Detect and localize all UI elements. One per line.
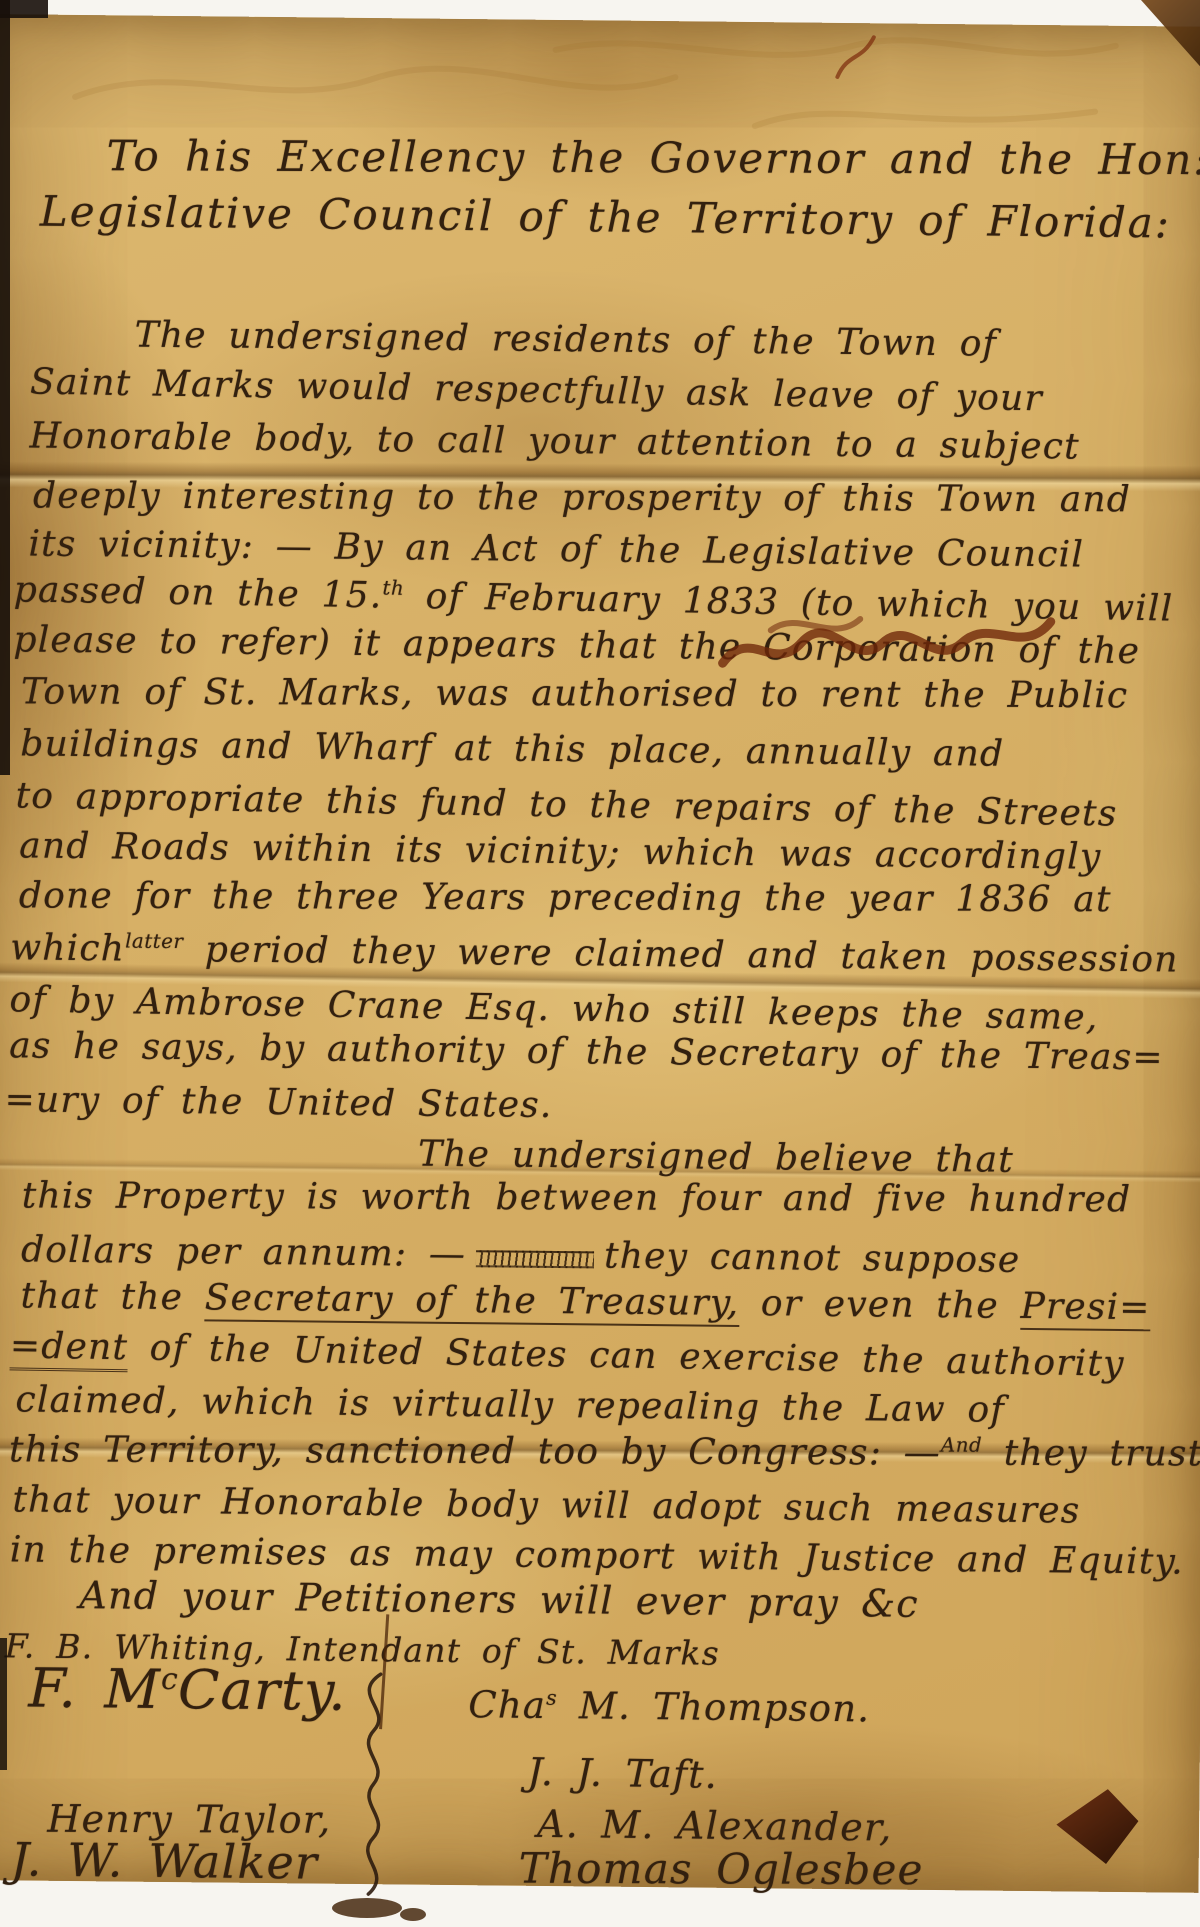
body-line-17: The undersigned believe that xyxy=(418,1135,1014,1181)
closing-line: And your Petitioners will ever pray &c xyxy=(79,1575,919,1626)
signature-mccarty-rest: Carty. xyxy=(178,1658,347,1723)
superscript-s: s xyxy=(546,1686,557,1710)
heading-line-2: Legislative Council of the Territory of … xyxy=(40,189,1171,247)
body-line-16: =ury of the United States. xyxy=(4,1080,552,1125)
bottom-edge-blot-1 xyxy=(332,1898,402,1918)
paper: To his Excellency the Governor and the H… xyxy=(0,14,1200,1893)
body-line-09: buildings and Wharf at this place, annua… xyxy=(20,724,1004,774)
bottom-edge-blot-2 xyxy=(400,1908,426,1921)
body-line-01: The undersigned residents of the Town of xyxy=(134,316,997,365)
superscript-th: th xyxy=(382,576,404,599)
signature-oglesbee: Thomas Oglesbee xyxy=(519,1846,924,1894)
left-edge-shadow-2 xyxy=(0,1638,7,1770)
body-line-23-rest: they trust xyxy=(982,1433,1200,1475)
signature-taft: J. J. Taft. xyxy=(527,1752,718,1797)
signature-thompson-text: Cha xyxy=(468,1683,546,1727)
body-line-02: Saint Marks would respectfully ask leave… xyxy=(30,362,1044,418)
signature-walker: J. W. Walker xyxy=(10,1834,318,1888)
signature-mccarty: F. McCarty. xyxy=(28,1659,347,1722)
body-line-11: and Roads within its vicinity; which was… xyxy=(19,826,1102,877)
signature-brace xyxy=(338,1670,396,1899)
strikeout-scribble xyxy=(476,1250,594,1268)
body-line-05: its vicinity: — By an Act of the Legisla… xyxy=(28,524,1084,575)
signature-alexander: A. M. Alexander, xyxy=(537,1804,893,1850)
body-line-20: that the Secretary of the Treasury, or e… xyxy=(20,1276,1151,1327)
body-line-06-text: passed on the 15. xyxy=(14,569,383,616)
heading-line-1: To his Excellency the Governor and the H… xyxy=(107,133,1200,183)
body-line-03: Honorable body, to call your attention t… xyxy=(29,416,1080,467)
body-line-12: done for the three Years preceding the y… xyxy=(19,876,1112,919)
body-line-20-mid: or even the xyxy=(739,1283,1021,1327)
scanned-document-page: To his Excellency the Governor and the H… xyxy=(0,0,1200,1927)
superscript-c: c xyxy=(161,1662,179,1697)
body-line-10: to appropriate this fund to the repairs … xyxy=(15,776,1117,834)
body-line-13-text: which xyxy=(10,927,125,969)
body-line-21: =dent of the United States can exercise … xyxy=(10,1326,1125,1384)
underlined-presi: Presi= xyxy=(1020,1286,1151,1331)
corner-tear-mark xyxy=(1051,1781,1143,1868)
top-ink-streak xyxy=(831,31,884,84)
body-line-19-rest: they cannot suppose xyxy=(604,1236,1021,1281)
body-line-23: this Territory, sanctioned too by Congre… xyxy=(9,1430,1200,1474)
signature-thompson: Chas M. Thompson. xyxy=(468,1685,870,1730)
inserted-word-and: And xyxy=(941,1434,982,1457)
body-line-19: dollars per annum: —they cannot suppose xyxy=(21,1230,1021,1280)
signature-mccarty-text: F. M xyxy=(28,1657,161,1721)
inserted-word-latter: latter xyxy=(125,930,183,954)
top-left-corner-shade xyxy=(0,0,48,18)
body-line-24: that your Honorable body will adopt such… xyxy=(12,1480,1080,1531)
signature-thompson-rest: M. Thompson. xyxy=(557,1684,871,1730)
body-line-04: deeply interesting to the prosperity of … xyxy=(33,477,1131,520)
body-line-21-rest: of the United States can exercise the au… xyxy=(128,1327,1125,1385)
body-line-20-text: that the xyxy=(20,1275,205,1318)
body-line-22: claimed, which is virtually repealing th… xyxy=(15,1380,1005,1430)
body-line-23-text: this Territory, sanctioned too by Congre… xyxy=(9,1429,941,1473)
underlined-secretary-of-treasury: Secretary of the Treasury, xyxy=(205,1277,740,1327)
body-line-19-text: dollars per annum: — xyxy=(21,1229,466,1275)
body-line-18: this Property is worth between four and … xyxy=(22,1176,1132,1219)
left-edge-shadow-1 xyxy=(0,0,10,775)
underlined-dent: =dent xyxy=(10,1325,129,1372)
